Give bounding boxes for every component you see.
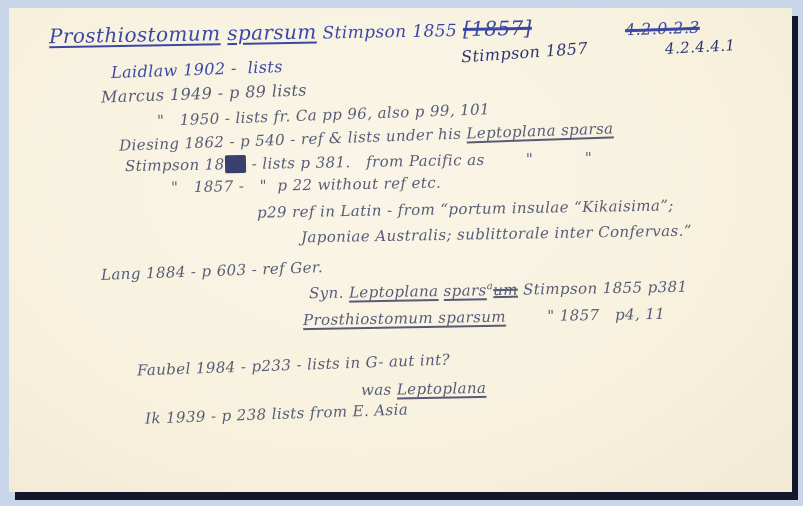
handwritten-text-segment: Stimpson 18: [125, 155, 225, 175]
handwritten-text-segment: [1857]: [463, 16, 532, 41]
handwritten-text-segment: 4.2.4.4.1: [665, 36, 736, 58]
handwritten-line: Ik 1939 - p 238 lists from E. Asia: [145, 401, 409, 427]
handwritten-line: Faubel 1984 - p233 - lists in G- aut int…: [137, 352, 450, 379]
handwritten-text-segment: 55: [224, 155, 246, 173]
handwritten-line: was Leptoplana: [361, 380, 487, 399]
handwritten-line: Prosthiostomum sparsum Stimpson 1855 [18…: [49, 17, 532, 48]
handwritten-line: Lang 1884 - p 603 - ref Ger.: [101, 259, 323, 283]
handwritten-line: Syn. Leptoplana sparsaum Stimpson 1855 p…: [309, 278, 688, 302]
handwritten-text-segment: Faubel 1984 - p233 - lists in G- aut int…: [137, 351, 451, 380]
handwritten-text-segment: sparsum: [227, 20, 317, 46]
handwritten-line: " 1857 - " p 22 without ref etc.: [171, 175, 441, 196]
desk-background: Prosthiostomum sparsum Stimpson 1855 [18…: [0, 0, 803, 506]
handwritten-text-segment: Leptoplana: [349, 282, 439, 302]
handwritten-text-segment: Japoniae Australis; sublittorale inter C…: [301, 222, 692, 247]
handwritten-line: Marcus 1949 - p 89 lists: [101, 81, 307, 106]
handwritten-line: Stimpson 1855 - lists p 381. from Pacifi…: [125, 150, 592, 175]
handwritten-line: 4.2.0.2.3: [625, 19, 700, 39]
handwritten-line: Prosthiostomum sparsum " 1857 p4, 11: [303, 306, 665, 329]
handwritten-line: 4.2.4.4.1: [665, 37, 736, 57]
handwritten-line: Japoniae Australis; sublittorale inter C…: [301, 223, 692, 246]
handwritten-line: Laidlaw 1902 - lists: [111, 58, 283, 82]
handwritten-text-segment: Lang 1884 - p 603 - ref Ger.: [101, 258, 324, 284]
handwritten-text-segment: p29 ref in Latin - from “portum insulae …: [257, 196, 674, 221]
handwritten-text-segment: Marcus 1949 - p 89 lists: [101, 80, 307, 106]
handwritten-text-segment: " 1857 p4, 11: [506, 305, 666, 326]
handwritten-text-segment: 4.2.0.2.3: [625, 18, 700, 40]
handwritten-text-segment: " 1857 - " p 22 without ref etc.: [171, 174, 442, 197]
handwritten-text-segment: Leptoplana sparsa: [466, 119, 614, 142]
handwritten-text-segment: Prosthiostomum: [49, 21, 221, 48]
handwritten-text-segment: - lists p 381. from Pacific as " ": [246, 149, 592, 173]
handwritten-text-segment: spars: [443, 281, 486, 300]
handwritten-text-segment: Syn.: [309, 284, 349, 303]
handwritten-text-segment: Stimpson 1855 p381: [518, 278, 688, 299]
handwritten-text-segment: Stimpson 1855: [317, 21, 464, 44]
handwritten-line: Stimpson 1857: [461, 40, 589, 66]
handwritten-text-segment: Ik 1939 - p 238 lists from E. Asia: [145, 400, 409, 427]
handwritten-text-segment: Prosthiostomum sparsum: [303, 308, 506, 330]
handwritten-text-segment: Stimpson 1857: [460, 39, 588, 67]
handwritten-text-segment: Leptoplana: [397, 379, 487, 399]
index-card: Prosthiostomum sparsum Stimpson 1855 [18…: [9, 8, 792, 492]
handwritten-text-segment: um: [493, 281, 518, 299]
handwritten-text-segment: was: [361, 380, 397, 399]
handwritten-text-segment: Laidlaw 1902 - lists: [111, 57, 283, 82]
handwritten-line: p29 ref in Latin - from “portum insulae …: [257, 197, 674, 221]
